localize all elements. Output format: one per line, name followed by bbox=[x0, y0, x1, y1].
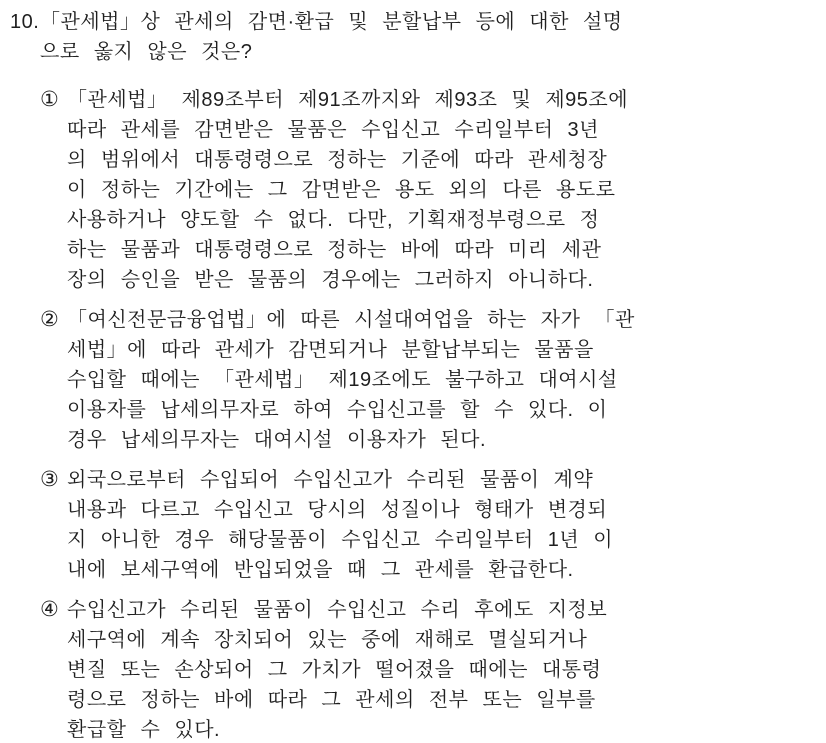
choice-4-text: 수입신고가 수리된 물품이 수입신고 수리 후에도 지정보 세구역에 계속 장치… bbox=[67, 595, 818, 743]
choice-line: 장의 승인을 받은 물품의 경우에는 그러하지 아니하다. bbox=[67, 265, 818, 295]
choice-1-marker: ① bbox=[40, 85, 67, 115]
choice-line: 이 정하는 기간에는 그 감면받은 용도 외의 다른 용도로 bbox=[67, 175, 818, 205]
choice-line: 내용과 다르고 수입신고 당시의 성질이나 형태가 변경되 bbox=[67, 495, 818, 525]
choice-3-text: 외국으로부터 수입되어 수입신고가 수리된 물품이 계약 내용과 다르고 수입신… bbox=[67, 465, 818, 585]
choice-line: 이용자를 납세의무자로 하여 수입신고를 할 수 있다. 이 bbox=[67, 395, 818, 425]
choice-line: 경우 납세의무자는 대여시설 이용자가 된다. bbox=[67, 425, 818, 455]
choice-list: ① 「관세법」 제89조부터 제91조까지와 제93조 및 제95조에 따라 관… bbox=[40, 85, 818, 743]
choice-1: ① 「관세법」 제89조부터 제91조까지와 제93조 및 제95조에 따라 관… bbox=[40, 85, 818, 295]
question-text: 「관세법」상 관세의 감면·환급 및 분할납부 등에 대한 설명 으로 옳지 않… bbox=[40, 7, 818, 67]
choice-4-marker: ④ bbox=[40, 595, 67, 625]
choice-line: 령으로 정하는 바에 따라 그 관세의 전부 또는 일부를 bbox=[67, 685, 818, 715]
choice-line: 따라 관세를 감면받은 물품은 수입신고 수리일부터 3년 bbox=[67, 115, 818, 145]
choice-line: 수입할 때에는 「관세법」 제19조에도 불구하고 대여시설 bbox=[67, 365, 818, 395]
choice-1-text: 「관세법」 제89조부터 제91조까지와 제93조 및 제95조에 따라 관세를… bbox=[67, 85, 818, 295]
choice-line: 환급할 수 있다. bbox=[67, 715, 818, 743]
choice-3: ③ 외국으로부터 수입되어 수입신고가 수리된 물품이 계약 내용과 다르고 수… bbox=[40, 465, 818, 585]
choice-line: 외국으로부터 수입되어 수입신고가 수리된 물품이 계약 bbox=[67, 465, 818, 495]
choice-line: 수입신고가 수리된 물품이 수입신고 수리 후에도 지정보 bbox=[67, 595, 818, 625]
choice-line: 하는 물품과 대통령령으로 정하는 바에 따라 미리 세관 bbox=[67, 235, 818, 265]
choice-line: 사용하거나 양도할 수 없다. 다만, 기획재정부령으로 정 bbox=[67, 205, 818, 235]
question-line: 으로 옳지 않은 것은? bbox=[40, 37, 818, 67]
choice-3-marker: ③ bbox=[40, 465, 67, 495]
choice-line: 의 범위에서 대통령령으로 정하는 기준에 따라 관세청장 bbox=[67, 145, 818, 175]
choice-line: 세법」에 따라 관세가 감면되거나 분할납부되는 물품을 bbox=[67, 335, 818, 365]
choice-line: 지 아니한 경우 해당물품이 수입신고 수리일부터 1년 이 bbox=[67, 525, 818, 555]
choice-line: 세구역에 계속 장치되어 있는 중에 재해로 멸실되거나 bbox=[67, 625, 818, 655]
choice-2: ② 「여신전문금융업법」에 따른 시설대여업을 하는 자가 「관 세법」에 따라… bbox=[40, 305, 818, 455]
choice-2-text: 「여신전문금융업법」에 따른 시설대여업을 하는 자가 「관 세법」에 따라 관… bbox=[67, 305, 818, 455]
question-line: 「관세법」상 관세의 감면·환급 및 분할납부 등에 대한 설명 bbox=[40, 7, 818, 37]
choice-line: 「여신전문금융업법」에 따른 시설대여업을 하는 자가 「관 bbox=[67, 305, 818, 335]
question-block: 10. 「관세법」상 관세의 감면·환급 및 분할납부 등에 대한 설명 으로 … bbox=[10, 7, 818, 67]
choice-line: 내에 보세구역에 반입되었을 때 그 관세를 환급한다. bbox=[67, 555, 818, 585]
choice-line: 변질 또는 손상되어 그 가치가 떨어졌을 때에는 대통령 bbox=[67, 655, 818, 685]
exam-page: 10. 「관세법」상 관세의 감면·환급 및 분할납부 등에 대한 설명 으로 … bbox=[0, 0, 826, 743]
choice-line: 「관세법」 제89조부터 제91조까지와 제93조 및 제95조에 bbox=[67, 85, 818, 115]
choice-2-marker: ② bbox=[40, 305, 67, 335]
question-number: 10. bbox=[10, 7, 40, 37]
choice-4: ④ 수입신고가 수리된 물품이 수입신고 수리 후에도 지정보 세구역에 계속 … bbox=[40, 595, 818, 743]
